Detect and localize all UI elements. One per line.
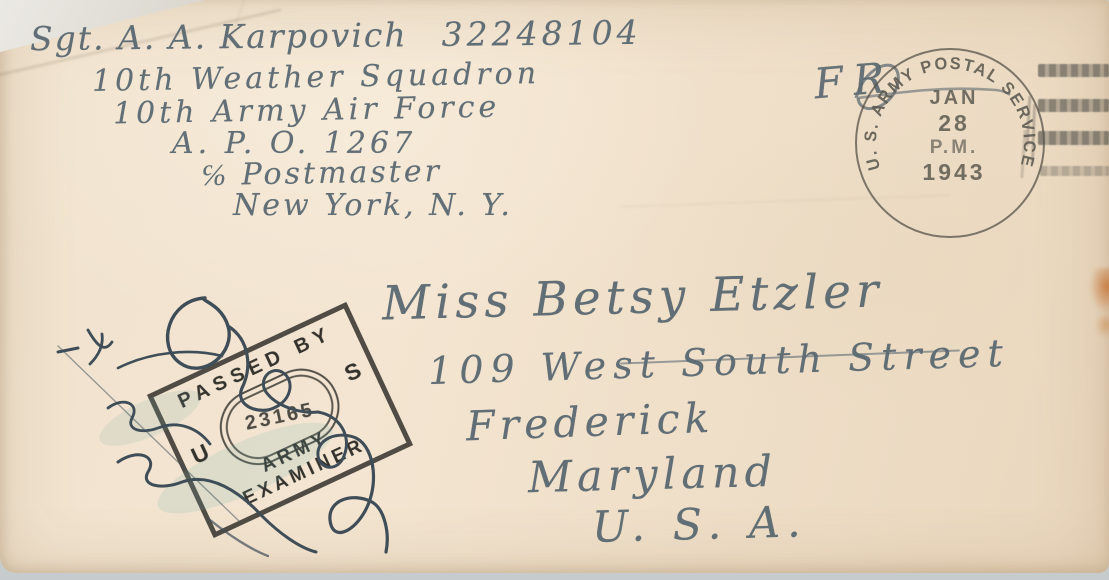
rust-stain <box>1089 268 1109 314</box>
envelope: Sgt. A. A. Karpovich32248104 10th Weathe… <box>0 0 1109 573</box>
censor-signature-scribble <box>0 0 1109 580</box>
rust-stain <box>1095 312 1109 338</box>
